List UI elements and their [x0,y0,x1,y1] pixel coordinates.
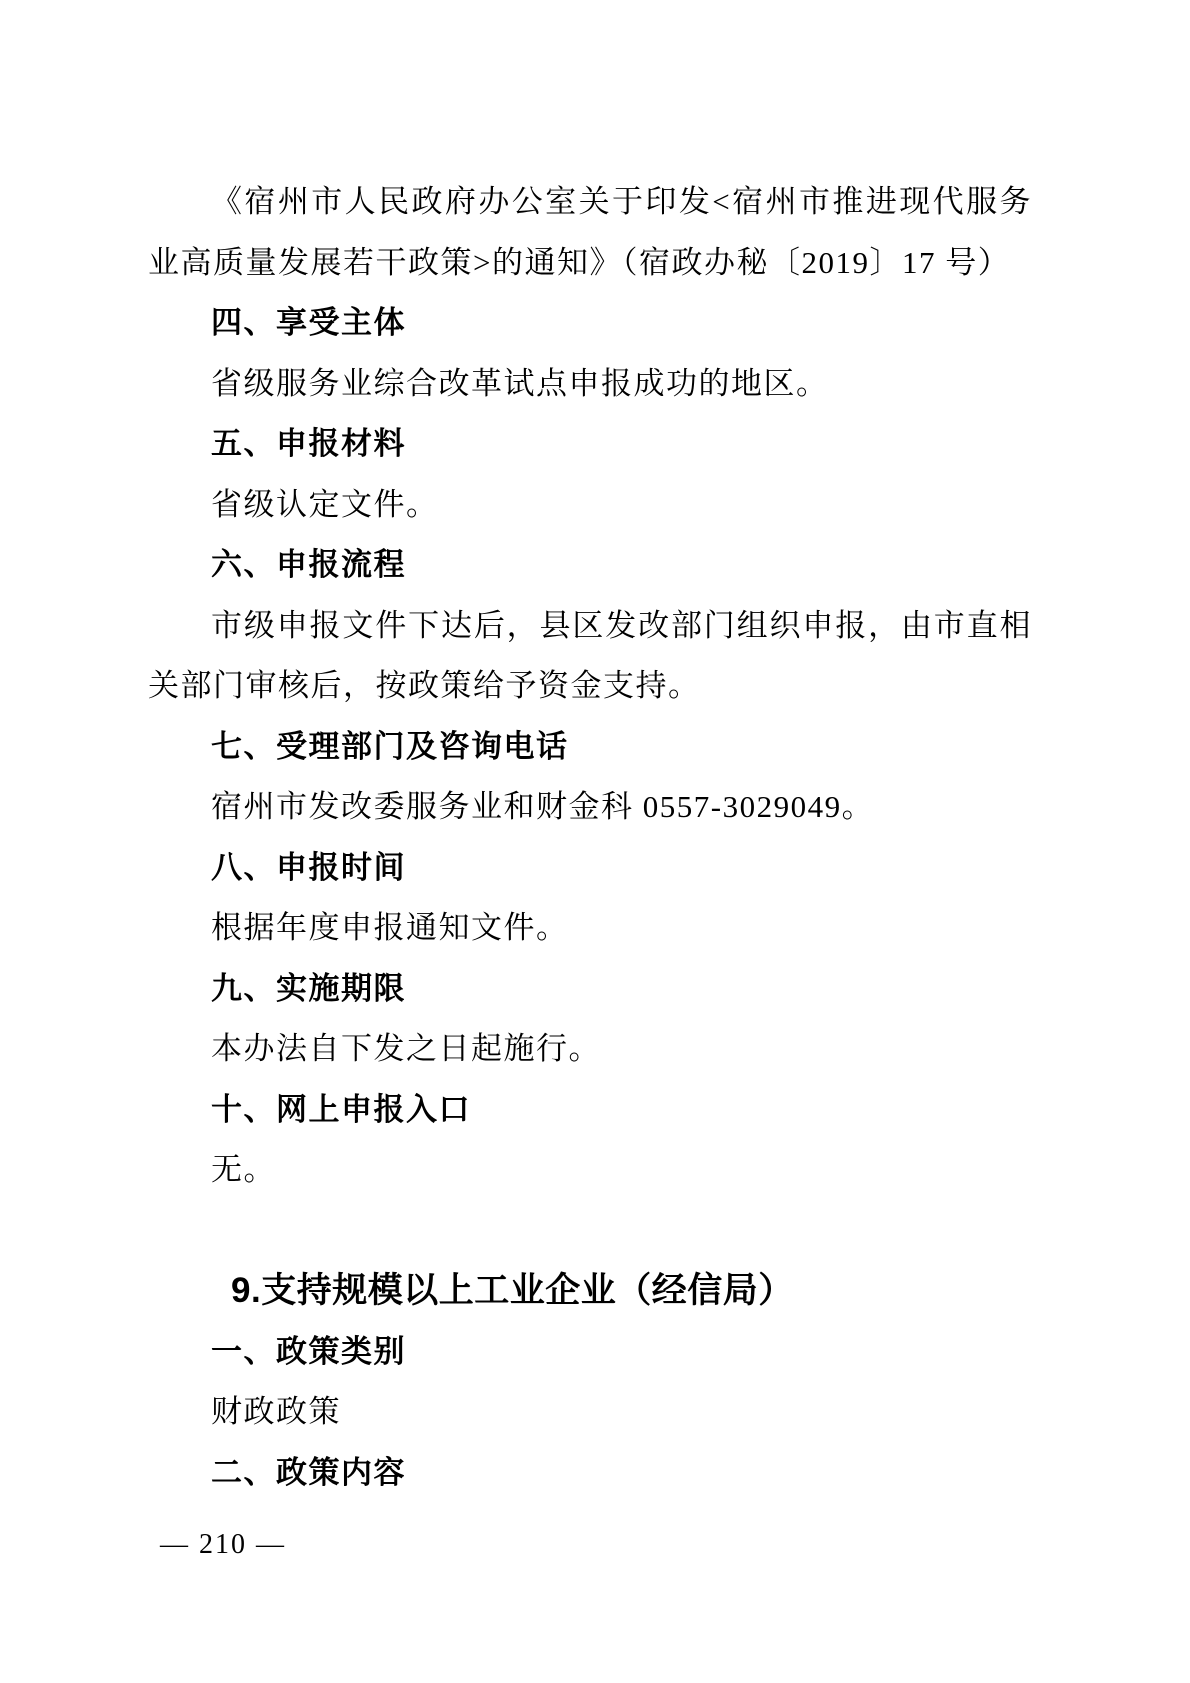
body-line: 《宿州市人民政府办公室关于印发<宿州市推进现代服务 [148,172,1032,233]
body-line: 无。 [148,1140,1032,1201]
body-line: 关部门审核后，按政策给予资金支持。 [148,656,1032,717]
section-heading: 七、受理部门及咨询电话 [148,717,1032,778]
body-line: 省级认定文件。 [148,475,1032,536]
body-line: 省级服务业综合改革试点申报成功的地区。 [148,354,1032,415]
section-heading: 九、实施期限 [148,959,1032,1020]
section-heading: 五、申报材料 [148,414,1032,475]
section-heading: 一、政策类别 [148,1322,1032,1383]
section-heading: 六、申报流程 [148,535,1032,596]
body-line: 根据年度申报通知文件。 [148,898,1032,959]
body-line: 业高质量发展若干政策>的通知》（宿政办秘〔2019〕17 号） [148,233,1032,294]
document-content: 《宿州市人民政府办公室关于印发<宿州市推进现代服务业高质量发展若干政策>的通知》… [148,172,1032,1503]
section-heading: 八、申报时间 [148,838,1032,899]
section-heading: 二、政策内容 [148,1443,1032,1504]
page-number: — 210 — [160,1528,286,1562]
section-title: 9.支持规模以上工业企业（经信局） [148,1261,1032,1322]
body-line: 财政政策 [148,1382,1032,1443]
body-line: 宿州市发改委服务业和财金科 0557-3029049。 [148,777,1032,838]
blank-line [148,1201,1032,1262]
document-page: 《宿州市人民政府办公室关于印发<宿州市推进现代服务业高质量发展若干政策>的通知》… [0,0,1190,1683]
section-heading: 十、网上申报入口 [148,1080,1032,1141]
section-heading: 四、享受主体 [148,293,1032,354]
body-line: 市级申报文件下达后，县区发改部门组织申报，由市直相 [148,596,1032,657]
body-line: 本办法自下发之日起施行。 [148,1019,1032,1080]
